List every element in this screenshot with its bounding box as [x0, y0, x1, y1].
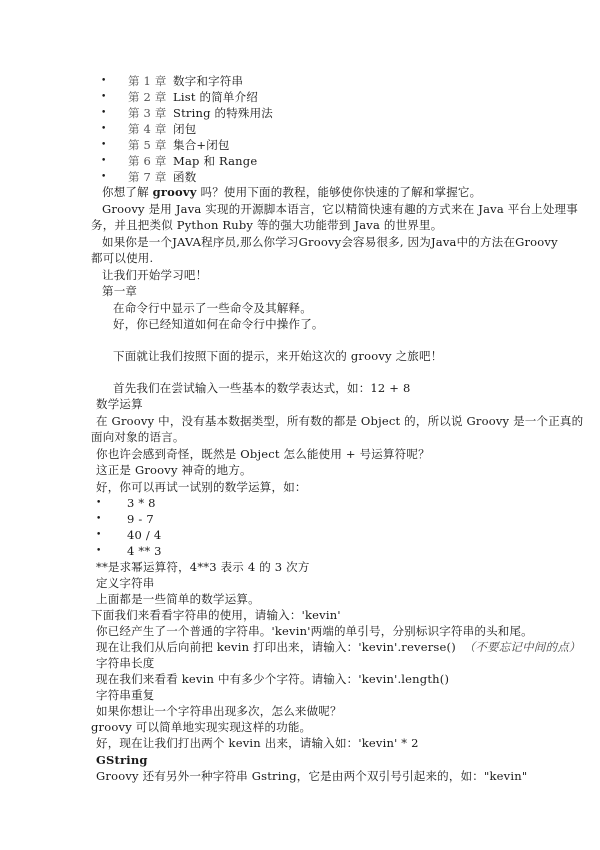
toc-chapter: 第 1 章 — [128, 73, 167, 89]
chapter-text: 在命令行中显示了一些命令及其解释。 — [113, 300, 312, 316]
subheading-length: 字符串长度 — [96, 655, 155, 671]
subheading-repeat: 字符串重复 — [96, 687, 155, 703]
toc-chapter: 第 6 章 — [128, 153, 167, 169]
intro-paragraph-3-cont: 都可以使用. — [91, 250, 153, 266]
bullet-icon: • — [101, 105, 106, 121]
chapter-text: 下面就让我们按照下面的提示，来开始这次的 groovy 之旅吧！ — [113, 348, 442, 364]
toc-title: Map 和 Range — [173, 153, 257, 169]
toc-title: String 的特殊用法 — [173, 105, 273, 121]
intro-paragraph-4: 让我们开始学习吧！ — [102, 267, 207, 283]
toc-title: 闭包 — [173, 121, 196, 137]
bullet-icon: • — [101, 73, 106, 89]
section-heading-gstring: GString — [96, 752, 148, 768]
strings-text: 如果你想让一个字符串出现多次，怎么来做呢？ — [96, 703, 342, 719]
intro-paragraph-3: 如果你是一个JAVA程序员,那么你学习Groovy会容易很多, 因为Java中的… — [102, 234, 558, 250]
strings-text: 现在让我们从后向前把 kevin 打印出来，请输入：'kevin'.revers… — [96, 639, 581, 655]
toc-chapter: 第 7 章 — [128, 169, 167, 185]
toc-title: 数字和字符串 — [173, 73, 243, 89]
intro-paragraph-2-cont: 务，并且把类似 Python Ruby 等的强大功能带到 Java 的世界里。 — [91, 217, 442, 233]
strings-text: 上面都是一些简单的数学运算。 — [96, 591, 260, 607]
strings-text: groovy 可以简单地实现实现这样的功能。 — [91, 719, 311, 735]
bullet-icon: • — [101, 89, 106, 105]
reminder-note: （不要忘记中间的点） — [464, 640, 581, 654]
bullet-icon: • — [101, 153, 106, 169]
strings-text: 下面我们来看看字符串的使用，请输入：'kevin' — [91, 607, 341, 623]
intro-paragraph-2: Groovy 是用 Java 实现的开源脚本语言，它以精简快速有趣的方式来在 J… — [102, 201, 578, 217]
section-heading-strings: 定义字符串 — [96, 575, 155, 591]
toc-chapter: 第 5 章 — [128, 137, 167, 153]
strings-text: 现在我们来看看 kevin 中有多少个字符。请输入：'kevin'.length… — [96, 671, 449, 687]
toc-chapter: 第 4 章 — [128, 121, 167, 137]
bullet-icon: • — [96, 495, 101, 511]
math-text: 好，你可以再试一试别的数学运算，如： — [96, 479, 307, 495]
toc-title: 函数 — [173, 169, 196, 185]
math-text: 你也许会感到奇怪，既然是 Object 怎么能使用 + 号运算符呢？ — [96, 446, 430, 462]
bullet-icon: • — [101, 121, 106, 137]
bullet-icon: • — [96, 543, 101, 559]
math-note: **是求幂运算符，4**3 表示 4 的 3 次方 — [96, 559, 310, 575]
bullet-icon: • — [96, 511, 101, 527]
chapter-text: 好，你已经知道如何在命令行中操作了。 — [113, 316, 324, 332]
math-text: 面向对象的语言。 — [91, 429, 185, 445]
toc-title: List 的简单介绍 — [173, 89, 258, 105]
chapter-heading: 第一章 — [102, 283, 137, 299]
toc-chapter: 第 2 章 — [128, 89, 167, 105]
toc-title: 集合+闭包 — [173, 137, 230, 153]
strings-text: 好，现在让我们打出两个 kevin 出来，请输入如：'kevin' * 2 — [96, 735, 419, 751]
document-page: • 第 1 章 数字和字符串 • 第 2 章 List 的简单介绍 • 第 3 … — [0, 0, 600, 850]
gstring-text: Groovy 还有另外一种字符串 Gstring，它是由两个双引号引起来的，如：… — [96, 768, 527, 784]
bullet-icon: • — [96, 527, 101, 543]
intro-paragraph-1: 你想了解 groovy 吗？使用下面的教程，能够使你快速的了解和掌握它。 — [102, 184, 481, 200]
bullet-icon: • — [101, 169, 106, 185]
strings-text: 你已经产生了一个普通的字符串。'kevin'两端的单引号，分别标识字符串的头和尾… — [96, 623, 533, 639]
toc-chapter: 第 3 章 — [128, 105, 167, 121]
math-text: 在 Groovy 中，没有基本数据类型，所有数的都是 Object 的，所以说 … — [96, 413, 583, 429]
section-heading-math: 数学运算 — [96, 396, 143, 412]
chapter-text: 首先我们在尝试输入一些基本的数学表达式，如：12 + 8 — [113, 380, 411, 396]
bullet-icon: • — [101, 137, 106, 153]
math-text: 这正是 Groovy 神奇的地方。 — [96, 462, 252, 478]
groovy-keyword: groovy — [153, 185, 197, 199]
